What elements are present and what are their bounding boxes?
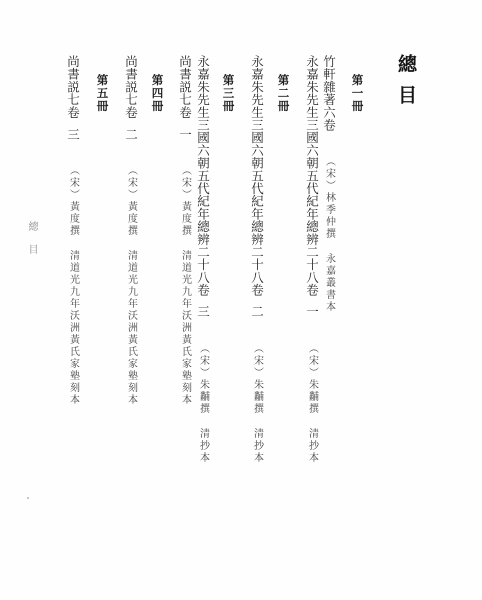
entry-part-number: 一 <box>305 305 319 318</box>
entry-title: 尚書説七卷 <box>66 55 80 119</box>
entry-title: 竹軒雜著六卷 <box>322 55 336 131</box>
entry-author: （宋）黃度撰 <box>126 165 137 237</box>
entry-title: 永嘉朱先生三國六朝五代紀年總辨二十八卷 <box>250 55 264 296</box>
entry-part-number: 二 <box>124 128 138 141</box>
entry-author: （宋）朱黼撰 <box>198 343 209 415</box>
entry-jinian-zongbian-part1: 永嘉朱先生三國六朝五代紀年總辨二十八卷一（宋）朱黼撰清抄本 <box>305 55 318 464</box>
section-header-volume-1: 第一冊 <box>350 74 362 113</box>
entry-author: （宋）朱黼撰 <box>252 343 263 415</box>
entry-shangshu-shuo-part2: 尚書説七卷二（宋）黃度撰清道光九年沃洲黃氏家塾刻本 <box>124 55 137 406</box>
entry-edition: 清抄本 <box>252 428 263 464</box>
entry-author: （宋）林季仲撰 <box>324 156 335 240</box>
entry-author: （宋）朱黼撰 <box>307 343 318 415</box>
section-header-volume-2: 第二冊 <box>276 74 288 113</box>
entry-part-number: 二 <box>250 305 264 318</box>
gutter-label: 總目 <box>26 221 36 267</box>
section-header-volume-4: 第四冊 <box>150 74 162 113</box>
entry-edition: 清道光九年沃洲黃氏家塾刻本 <box>126 250 137 406</box>
entry-title: 尚書説七卷 <box>178 55 192 119</box>
entry-shangshu-shuo-part3: 尚書説七卷三（宋）黃度撰清道光九年沃洲黃氏家塾刻本 <box>66 55 79 406</box>
toc-page: 總目 第一冊 竹軒雜著六卷（宋）林季仲撰永嘉叢書本 永嘉朱先生三國六朝五代紀年總… <box>0 0 482 600</box>
entry-author: （宋）黃度撰 <box>68 165 79 237</box>
entry-title: 永嘉朱先生三國六朝五代紀年總辨二十八卷 <box>196 55 210 296</box>
entry-jinian-zongbian-part2: 永嘉朱先生三國六朝五代紀年總辨二十八卷二（宋）朱黼撰清抄本 <box>250 55 263 464</box>
entry-zhuxuan-zazhu: 竹軒雜著六卷（宋）林季仲撰永嘉叢書本 <box>322 55 335 313</box>
entry-shangshu-shuo-part1: 尚書説七卷一（宋）黃度撰清道光九年沃洲黃氏家塾刻本 <box>178 55 191 406</box>
entry-title: 永嘉朱先生三國六朝五代紀年總辨二十八卷 <box>305 55 319 296</box>
entry-part-number: 三 <box>66 128 80 141</box>
entry-edition: 清道光九年沃洲黃氏家塾刻本 <box>68 250 79 406</box>
entry-part-number: 三 <box>196 305 210 318</box>
scan-speck <box>27 497 29 499</box>
entry-edition: 清抄本 <box>307 428 318 464</box>
entry-edition: 清道光九年沃洲黃氏家塾刻本 <box>180 250 191 406</box>
entry-jinian-zongbian-part3: 永嘉朱先生三國六朝五代紀年總辨二十八卷三（宋）朱黼撰清抄本 <box>196 55 209 464</box>
section-header-volume-3: 第三冊 <box>221 74 233 113</box>
entry-part-number: 一 <box>178 128 192 141</box>
entry-edition: 清抄本 <box>198 428 209 464</box>
entry-title: 尚書説七卷 <box>124 55 138 119</box>
page-title: 總目 <box>396 54 415 116</box>
section-header-volume-5: 第五冊 <box>95 74 107 113</box>
entry-edition: 永嘉叢書本 <box>324 253 335 313</box>
entry-author: （宋）黃度撰 <box>180 165 191 237</box>
